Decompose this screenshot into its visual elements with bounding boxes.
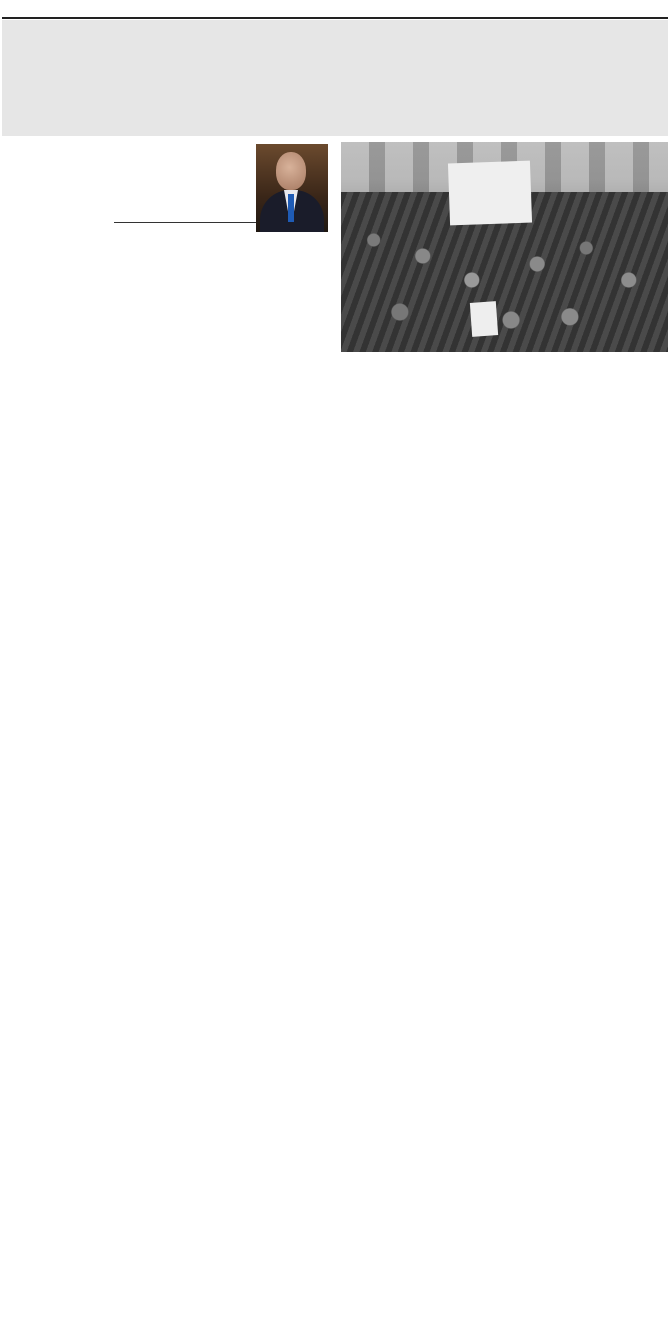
article-column-3 [229,234,333,806]
placard-line [448,164,530,167]
placard-line [448,164,530,167]
author-portrait [256,144,328,232]
folio-rule [2,17,668,19]
headline-banner [2,20,668,136]
protest-photo [341,142,668,352]
page-folio [2,4,668,16]
portrait-tie [288,194,294,222]
article-column-1 [3,142,108,370]
article-column-2 [116,234,223,364]
photo-small-placard [470,301,498,337]
portrait-face [276,152,306,190]
world-view-column-logo [116,142,256,204]
article-column-4 [341,380,502,870]
placard-line [448,164,530,167]
byline-rule [114,222,256,223]
photo-placard [448,161,532,226]
